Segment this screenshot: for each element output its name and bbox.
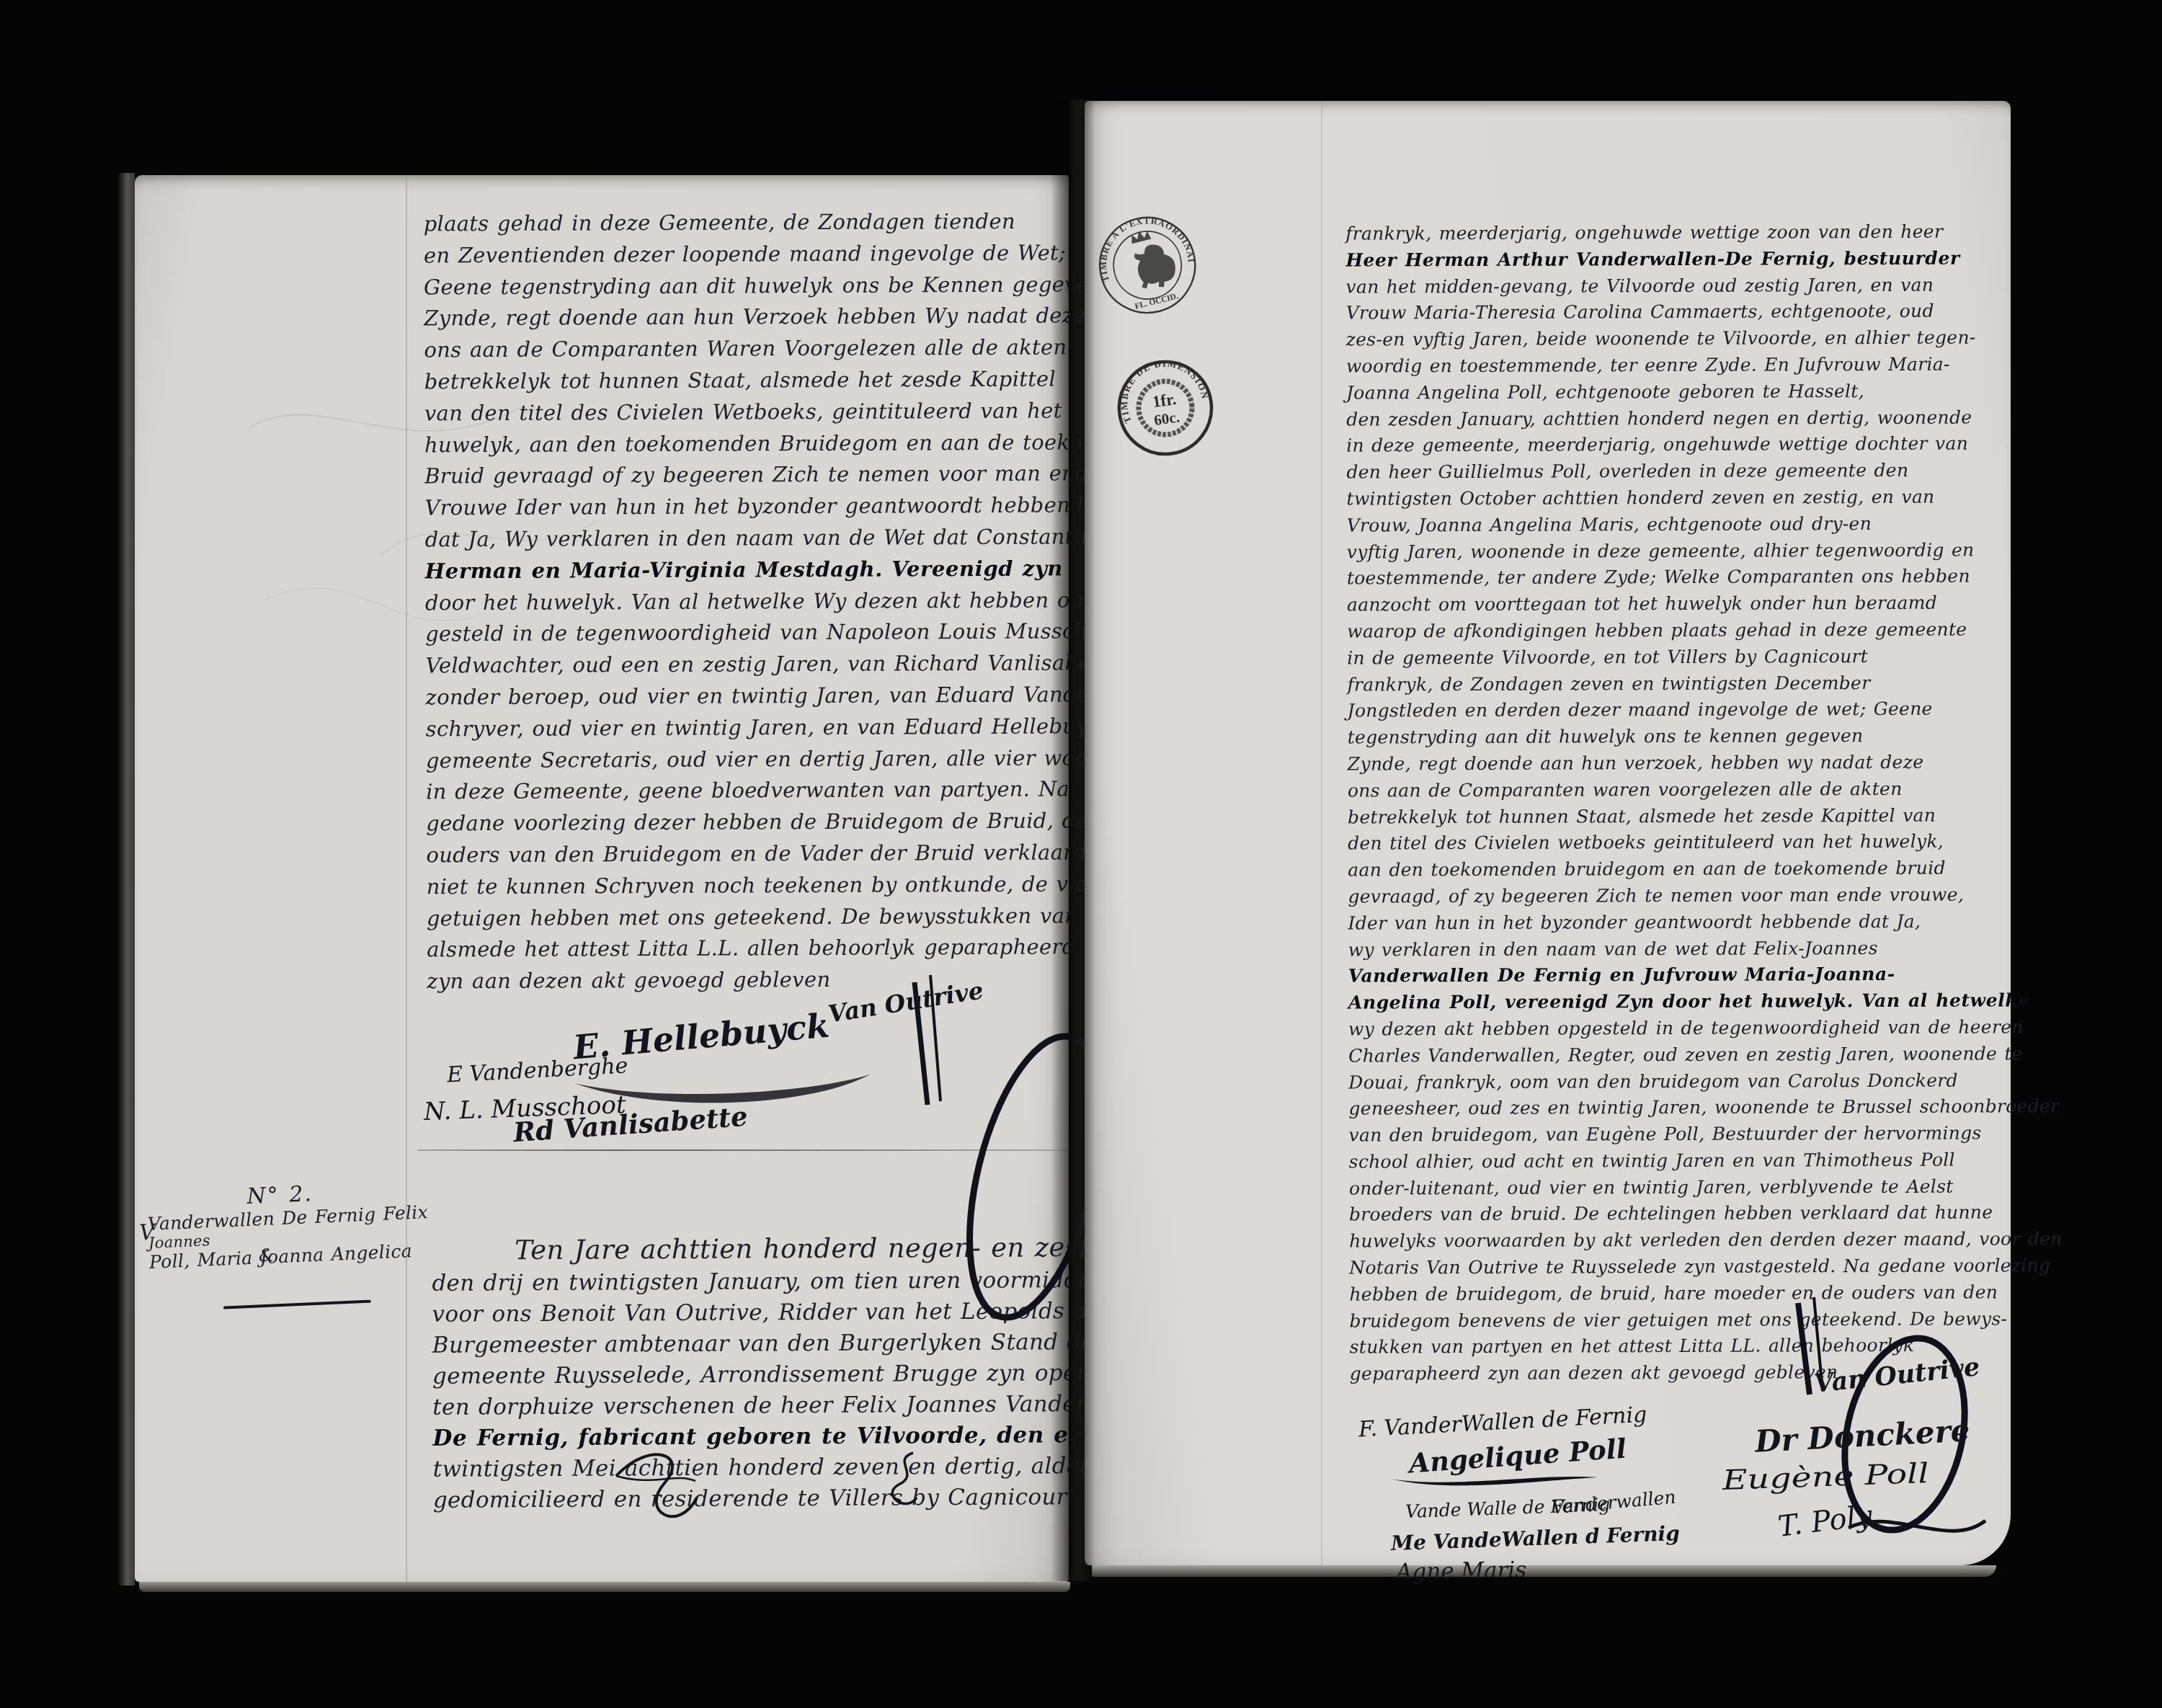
stamp1-bottom-text: FL. OCCID. — [1134, 292, 1179, 311]
act-line: frankryk, meerderjarig, ongehuwde wettig… — [1345, 221, 2001, 249]
act-line: Vrouw Maria-Theresia Carolina Cammaerts,… — [1346, 301, 2002, 329]
act-line: den zesden January, achttien honderd neg… — [1346, 406, 2002, 435]
act-line: wy dezen akt hebben opgesteld in de tege… — [1348, 1016, 2004, 1045]
margin-ampersand: & — [258, 1245, 275, 1266]
act-line: den titel des Civielen wetboeks geintitu… — [1348, 831, 2003, 860]
act-line: tegenstryding aan dit huwelyk ons te ken… — [1348, 725, 2003, 754]
crowned-lion-icon — [1129, 224, 1180, 292]
stamp2-value-top: 1fr. — [1151, 390, 1177, 411]
margin-checkmark: V — [139, 1220, 156, 1246]
right-act-text: frankryk, meerderjarig, ongehuwde wettig… — [1345, 221, 2006, 1389]
margin-underline — [223, 1300, 371, 1309]
act-line: Joanna Angelina Poll, echtgenoote gebore… — [1346, 380, 2002, 409]
act-line: Vrouw, Joanna Angelina Maris, echtgenoot… — [1347, 512, 2003, 541]
book-left-edge — [118, 173, 135, 1585]
right-margin-rule — [1321, 101, 1322, 1565]
act-line: zes-en vyftig Jaren, beide woonende te V… — [1346, 327, 2002, 356]
act-line: Charles Vanderwallen, Regter, oud zeven … — [1348, 1043, 2004, 1072]
act-line: waarop de afkondigingen hebben plaats ge… — [1347, 618, 2003, 647]
act-line: ons aan de Comparanten waren voorgelezen… — [1348, 778, 2003, 806]
act-line: gevraagd, of zy begeeren Zich te nemen v… — [1348, 884, 2003, 912]
act-line: Jongstleden en derden dezer maand ingevo… — [1347, 698, 2003, 727]
act-line: aan den toekomenden bruidegom en aan de … — [1348, 858, 2003, 886]
signature-mother-groom: Me VandeWallen d Fernig — [1391, 1521, 1681, 1555]
act-line: betrekkelyk tot hunnen Staat, alsmede he… — [1348, 804, 2003, 833]
act-line: Douai, frankryk, oom van den bruidegom v… — [1348, 1069, 2004, 1098]
act-line: frankryk, de Zondagen zeven en twintigst… — [1347, 672, 2003, 700]
pencil-scuffs — [221, 341, 625, 644]
left-page: plaats gehad in deze Gemeente, de Zondag… — [135, 175, 1069, 1582]
act-line: den heer Guillielmus Poll, overleden in … — [1346, 460, 2002, 489]
act-line: aanzocht om voorttegaan tot het huwelyk … — [1347, 592, 2003, 621]
act-line: onder-luitenant, oud vier en twintig Jar… — [1349, 1175, 2005, 1204]
stamp-dimension: TIMBRE DE DIMENSION 1fr. 60c. — [1108, 351, 1222, 465]
act-line: Zynde, regt doende aan hun verzoek, hebb… — [1348, 751, 2003, 780]
paraph-flourish-2 — [877, 1447, 927, 1519]
act-line: vyftig Jaren, woonende in deze gemeente,… — [1347, 539, 2003, 568]
act-line: wy verklaren in den naam van de wet dat … — [1348, 937, 2004, 966]
signature-hellebuyck: E. Hellebuyck — [571, 1006, 831, 1067]
act-line: Vanderwallen De Fernig en Jufvrouw Maria… — [1348, 964, 2004, 992]
paraph-flourish-1 — [610, 1444, 704, 1537]
signature-mother-bride: Agne Maris — [1396, 1557, 1527, 1585]
act-line: Angelina Poll, vereenigd Zyn door het hu… — [1348, 990, 2004, 1019]
stamp-extraordinaire: TIMBRE A L'EXTRAORDINAIRE FL. OCCID. — [1084, 198, 1210, 331]
act-line: geneesheer, oud zes en twintig Jaren, wo… — [1348, 1096, 2004, 1125]
act-line: broeders van de bruid. De echtelingen he… — [1349, 1202, 2005, 1231]
register-scan: plaats gehad in deze Gemeente, de Zondag… — [0, 0, 2162, 1708]
act-line: school alhier, oud acht en twintig Jaren… — [1349, 1149, 2005, 1178]
act-line: van den bruidegom, van Eugène Poll, Best… — [1349, 1123, 2005, 1152]
act-line: in de gemeente Vilvoorde, en tot Villers… — [1347, 645, 2003, 674]
act-line: huwelyks voorwaarden by akt verleden den… — [1349, 1229, 2005, 1258]
act-line: woordig en toestemmende, ter eenre Zyde.… — [1346, 353, 2002, 382]
stamp2-value-bottom: 60c. — [1153, 408, 1181, 429]
act-line: Heer Herman Arthur Vanderwallen-De Ferni… — [1345, 247, 2001, 276]
act-line: twintigsten October achttien honderd zev… — [1346, 486, 2002, 515]
act-line: Notaris Van Outrive te Ruysselede zyn va… — [1349, 1255, 2005, 1284]
book-gutter — [1051, 99, 1095, 1581]
act-line: in deze gemeente, meerderjarig, ongehuwd… — [1346, 433, 2002, 462]
right-page: TIMBRE A L'EXTRAORDINAIRE FL. OCCID. TIM… — [1085, 101, 2011, 1565]
margin-note: N° 2. V Vanderwallen De Fernig Felix Joa… — [146, 1177, 417, 1273]
act-line: van het midden-gevang, te Vilvoorde oud … — [1345, 274, 2001, 303]
signature-couple-2: Vanderwallen — [1551, 1487, 1677, 1518]
act-line: Ider van hun in het byzonder geantwoordt… — [1348, 910, 2004, 939]
act-line: toestemmende, ter andere Zyde; Welke Com… — [1347, 566, 2003, 595]
